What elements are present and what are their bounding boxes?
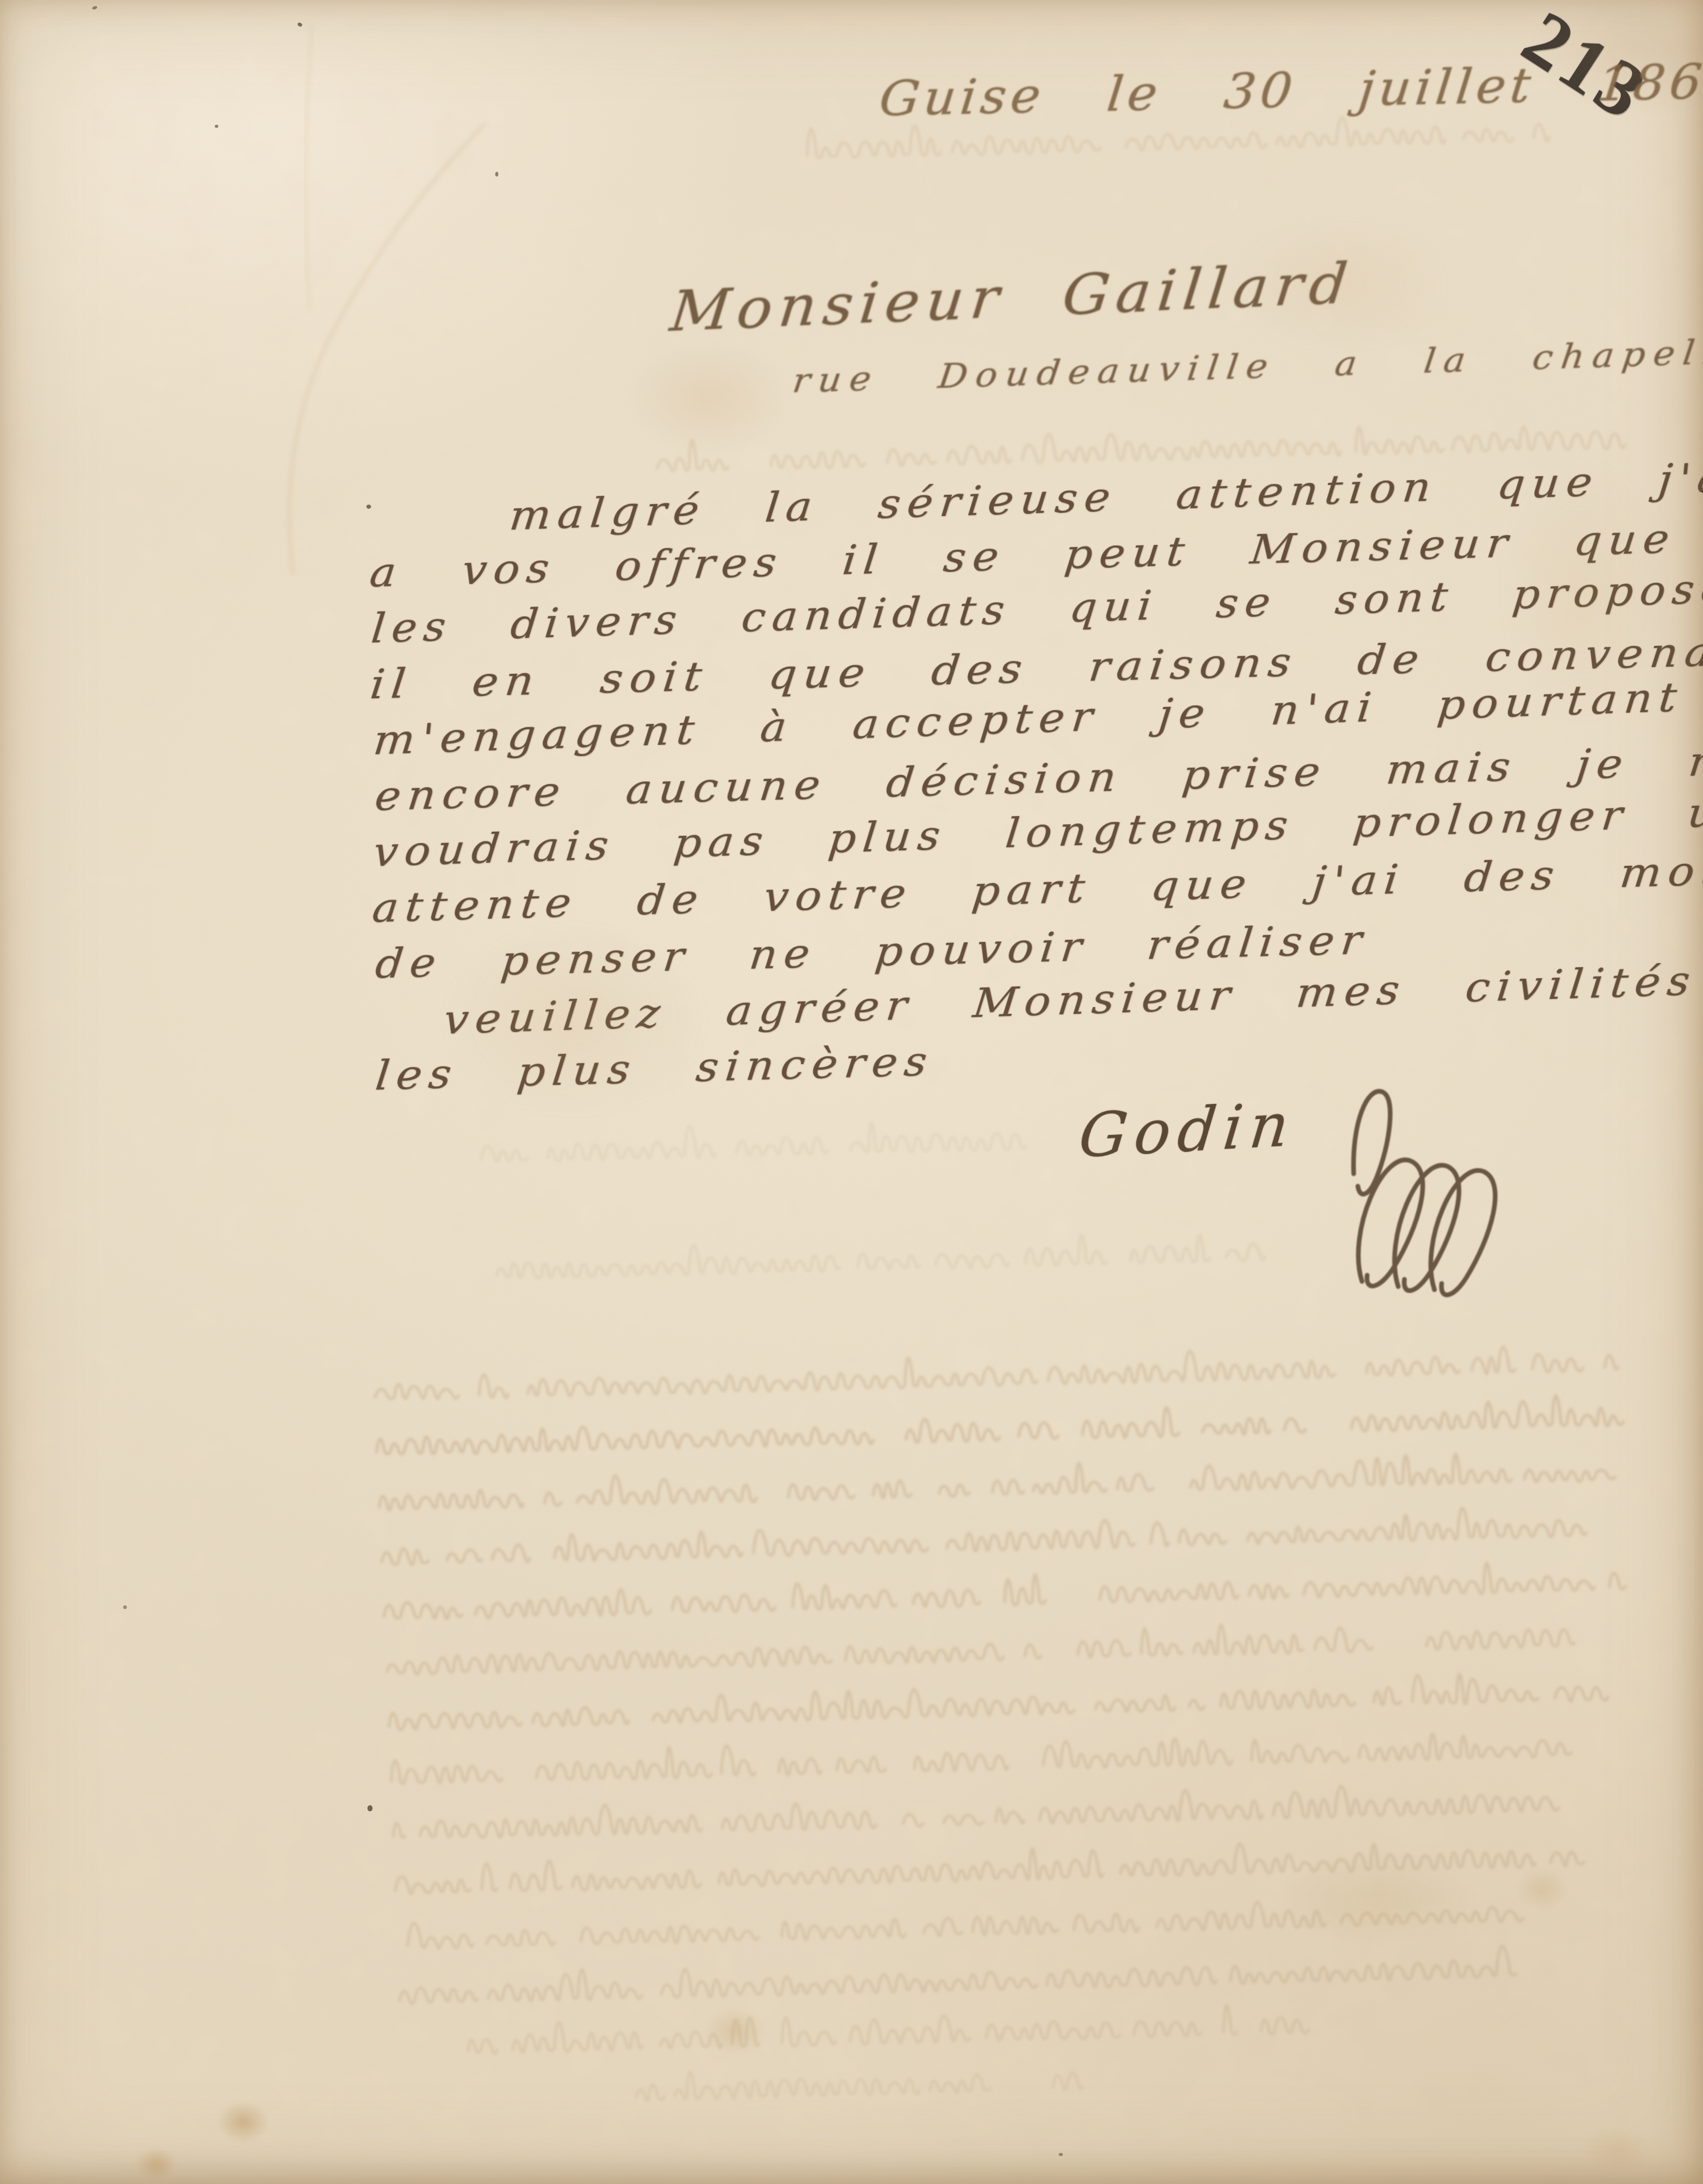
stain: [1278, 1853, 1475, 1946]
ghost-line: [389, 1671, 1608, 1731]
signature: Godin: [1076, 1090, 1299, 1172]
handwritten-line: les plus sincères: [373, 1038, 936, 1100]
ghost-line: [481, 1118, 1027, 1163]
ghost-line: [376, 1393, 1643, 1456]
ghost-line: [381, 1505, 1587, 1566]
stain: [704, 2008, 766, 2055]
ink-speck: [495, 172, 498, 176]
crease-line: [289, 123, 485, 574]
ghost-line: [496, 1230, 1289, 1280]
stain: [217, 2101, 269, 2143]
ghost-line: [391, 1725, 1572, 1785]
ink-speck: [366, 505, 371, 509]
stain: [1516, 1868, 1568, 1910]
ink-speck: [92, 5, 97, 10]
ghost-line: [393, 1781, 1559, 1840]
ghost-line: [375, 1340, 1619, 1401]
letter-page: 213 Guise le 30 juillet 1860 Monsieur Ga…: [0, 0, 1703, 2184]
ink-speck: [215, 125, 218, 128]
ink-speck: [367, 1805, 373, 1811]
recipient-name: Monsieur Gaillard: [667, 250, 1357, 344]
ghost-line: [399, 1946, 1516, 2005]
ink-speck: [1059, 2153, 1063, 2156]
dateline: Guise le 30 juillet 1860: [877, 53, 1703, 127]
ghost-line: [636, 2062, 1083, 2101]
ghost-line: [379, 1450, 1616, 1511]
ghost-line: [468, 2003, 1333, 2055]
ghost-line: [383, 1560, 1626, 1621]
crease-line: [305, 25, 313, 311]
stain: [136, 2148, 177, 2181]
ink-speck: [123, 1605, 127, 1609]
stain: [626, 342, 792, 455]
ghost-line: [395, 1835, 1584, 1895]
ghost-line: [407, 1895, 1546, 1950]
ghost-line: [387, 1616, 1575, 1675]
recipient-address: rue Doudeauville a la chapelle: [790, 332, 1703, 401]
ink-speck: [297, 22, 303, 27]
stain: [1583, 2127, 1651, 2174]
